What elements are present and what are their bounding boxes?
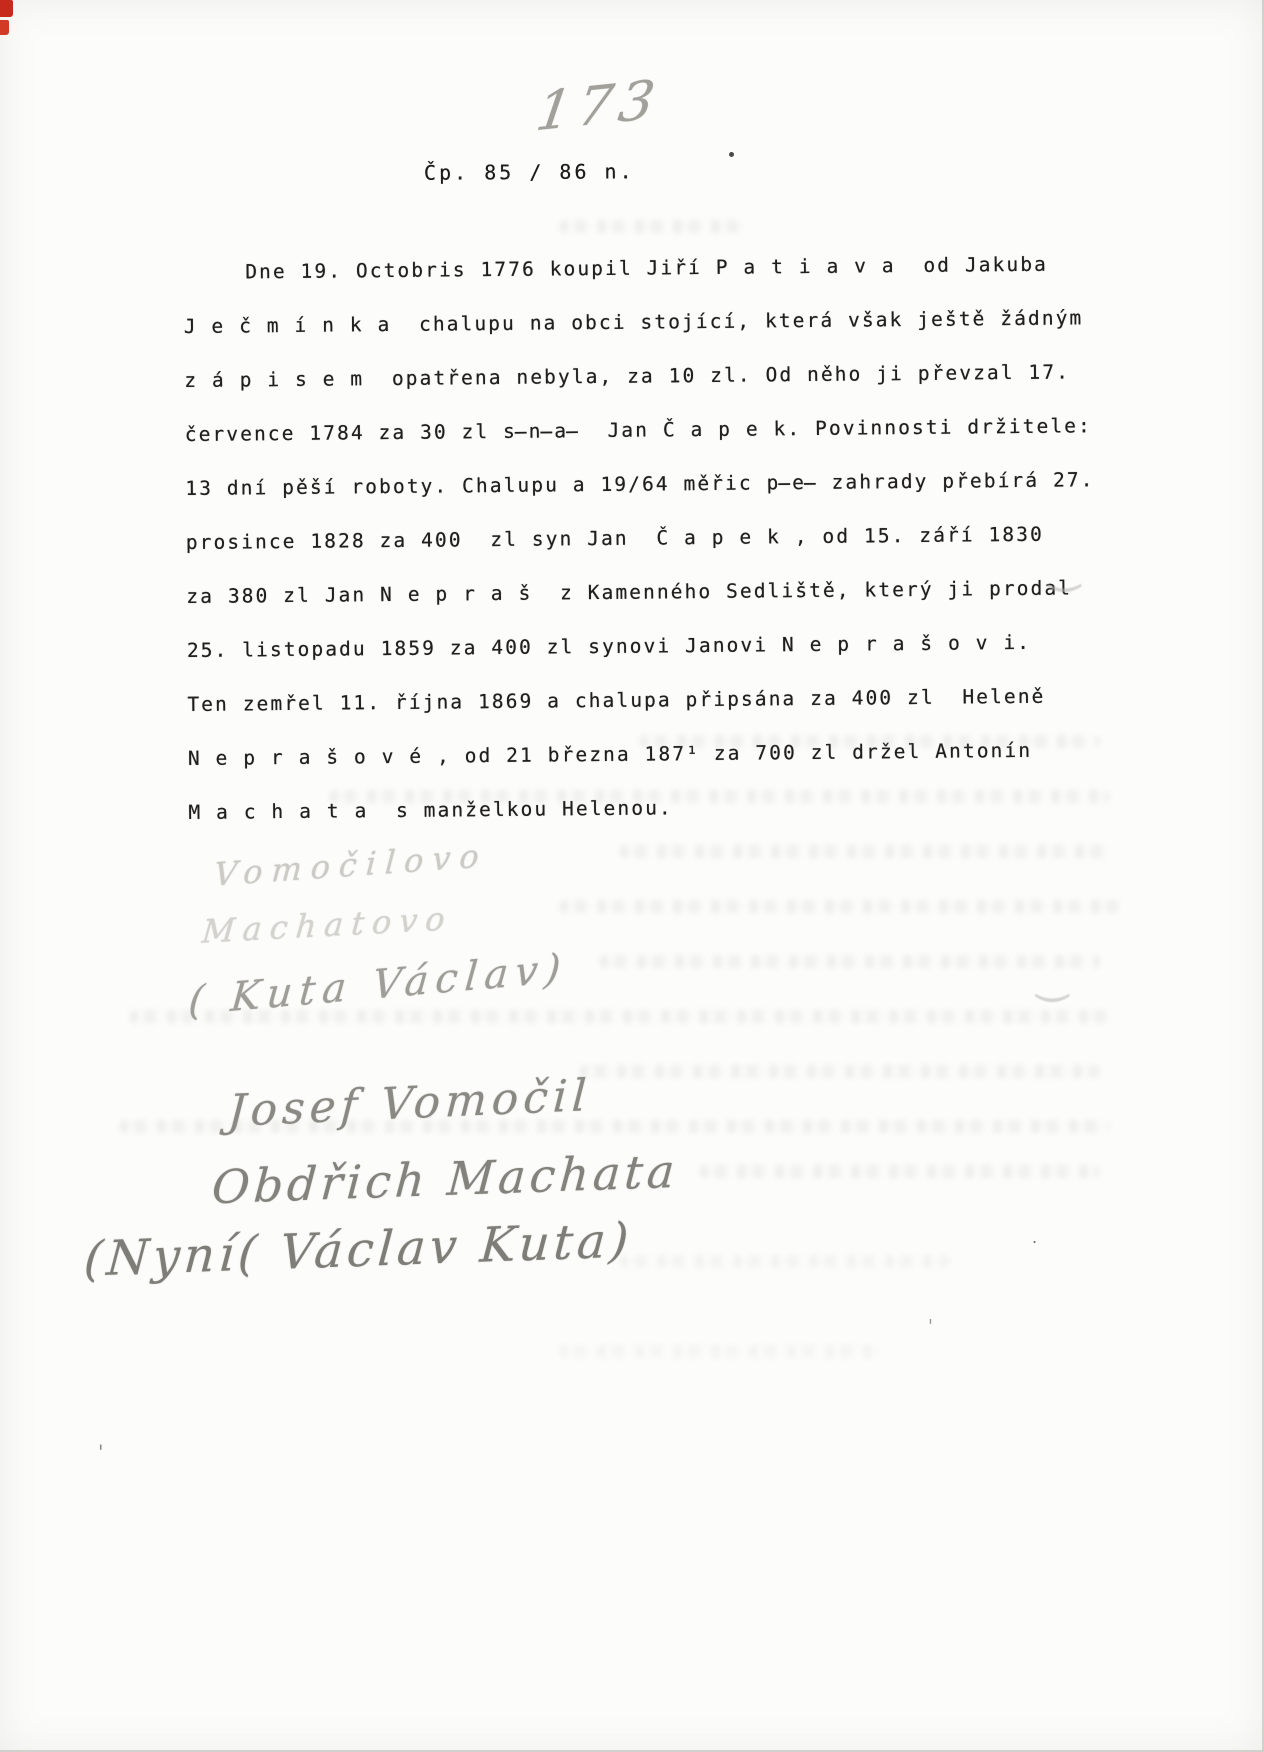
typed-line: Dne 19. Octobris 1776 koupil Jiří P a t … bbox=[183, 237, 1103, 300]
ink-speck bbox=[729, 152, 734, 157]
house-number-heading: Čp. 85 / 86 n. bbox=[424, 159, 635, 184]
typed-line: 13 dní pěší roboty. Chalupu a 19/64 měři… bbox=[185, 453, 1105, 516]
typed-paragraph: Dne 19. Octobris 1776 koupil Jiří P a t … bbox=[183, 237, 1109, 840]
ghost-paren-mark: ) bbox=[1043, 581, 1087, 596]
pencil-note: (Nyní( Václav Kuta) bbox=[82, 1212, 634, 1287]
typed-line: července 1784 za 30 zl s̶n̶a̶ Jan Č a p … bbox=[185, 399, 1105, 462]
pencil-note: Obdřich Machata bbox=[210, 1144, 680, 1214]
handwritten-page-number: 173 bbox=[532, 68, 665, 143]
pencil-note-faint: Vomočilovo bbox=[213, 836, 489, 893]
typed-line: Ten zemřel 11. října 1869 a chalupa přip… bbox=[187, 669, 1107, 732]
typed-line: prosince 1828 za 400 zl syn Jan Č a p e … bbox=[186, 507, 1106, 570]
typed-line: za 380 zl Jan N e p r a š z Kamenného Se… bbox=[186, 561, 1106, 624]
pencil-note-faint: Machatovo bbox=[200, 899, 454, 950]
red-edge-mark bbox=[0, 0, 13, 17]
ink-speck: ' bbox=[98, 1440, 104, 1464]
red-edge-mark bbox=[0, 20, 9, 35]
typed-line: M a c h a t a s manželkou Helenou. bbox=[188, 777, 1108, 840]
typed-line: N e p r a š o v é , od 21 března 187¹ za… bbox=[188, 723, 1108, 786]
typed-line: z á p i s e m opatřena nebyla, za 10 zl.… bbox=[184, 345, 1104, 408]
ghost-paren-mark: ) bbox=[1031, 991, 1075, 1006]
ink-speck: ' bbox=[928, 1316, 933, 1337]
typed-line: 25. listopadu 1859 za 400 zl synovi Jano… bbox=[187, 615, 1107, 678]
typed-line: J e č m í n k a chalupu na obci stojící,… bbox=[184, 291, 1104, 354]
scanned-document-page: 173 Čp. 85 / 86 n. Dne 19. Octobris 1776… bbox=[0, 0, 1264, 1752]
ink-speck: . bbox=[1032, 1228, 1037, 1247]
